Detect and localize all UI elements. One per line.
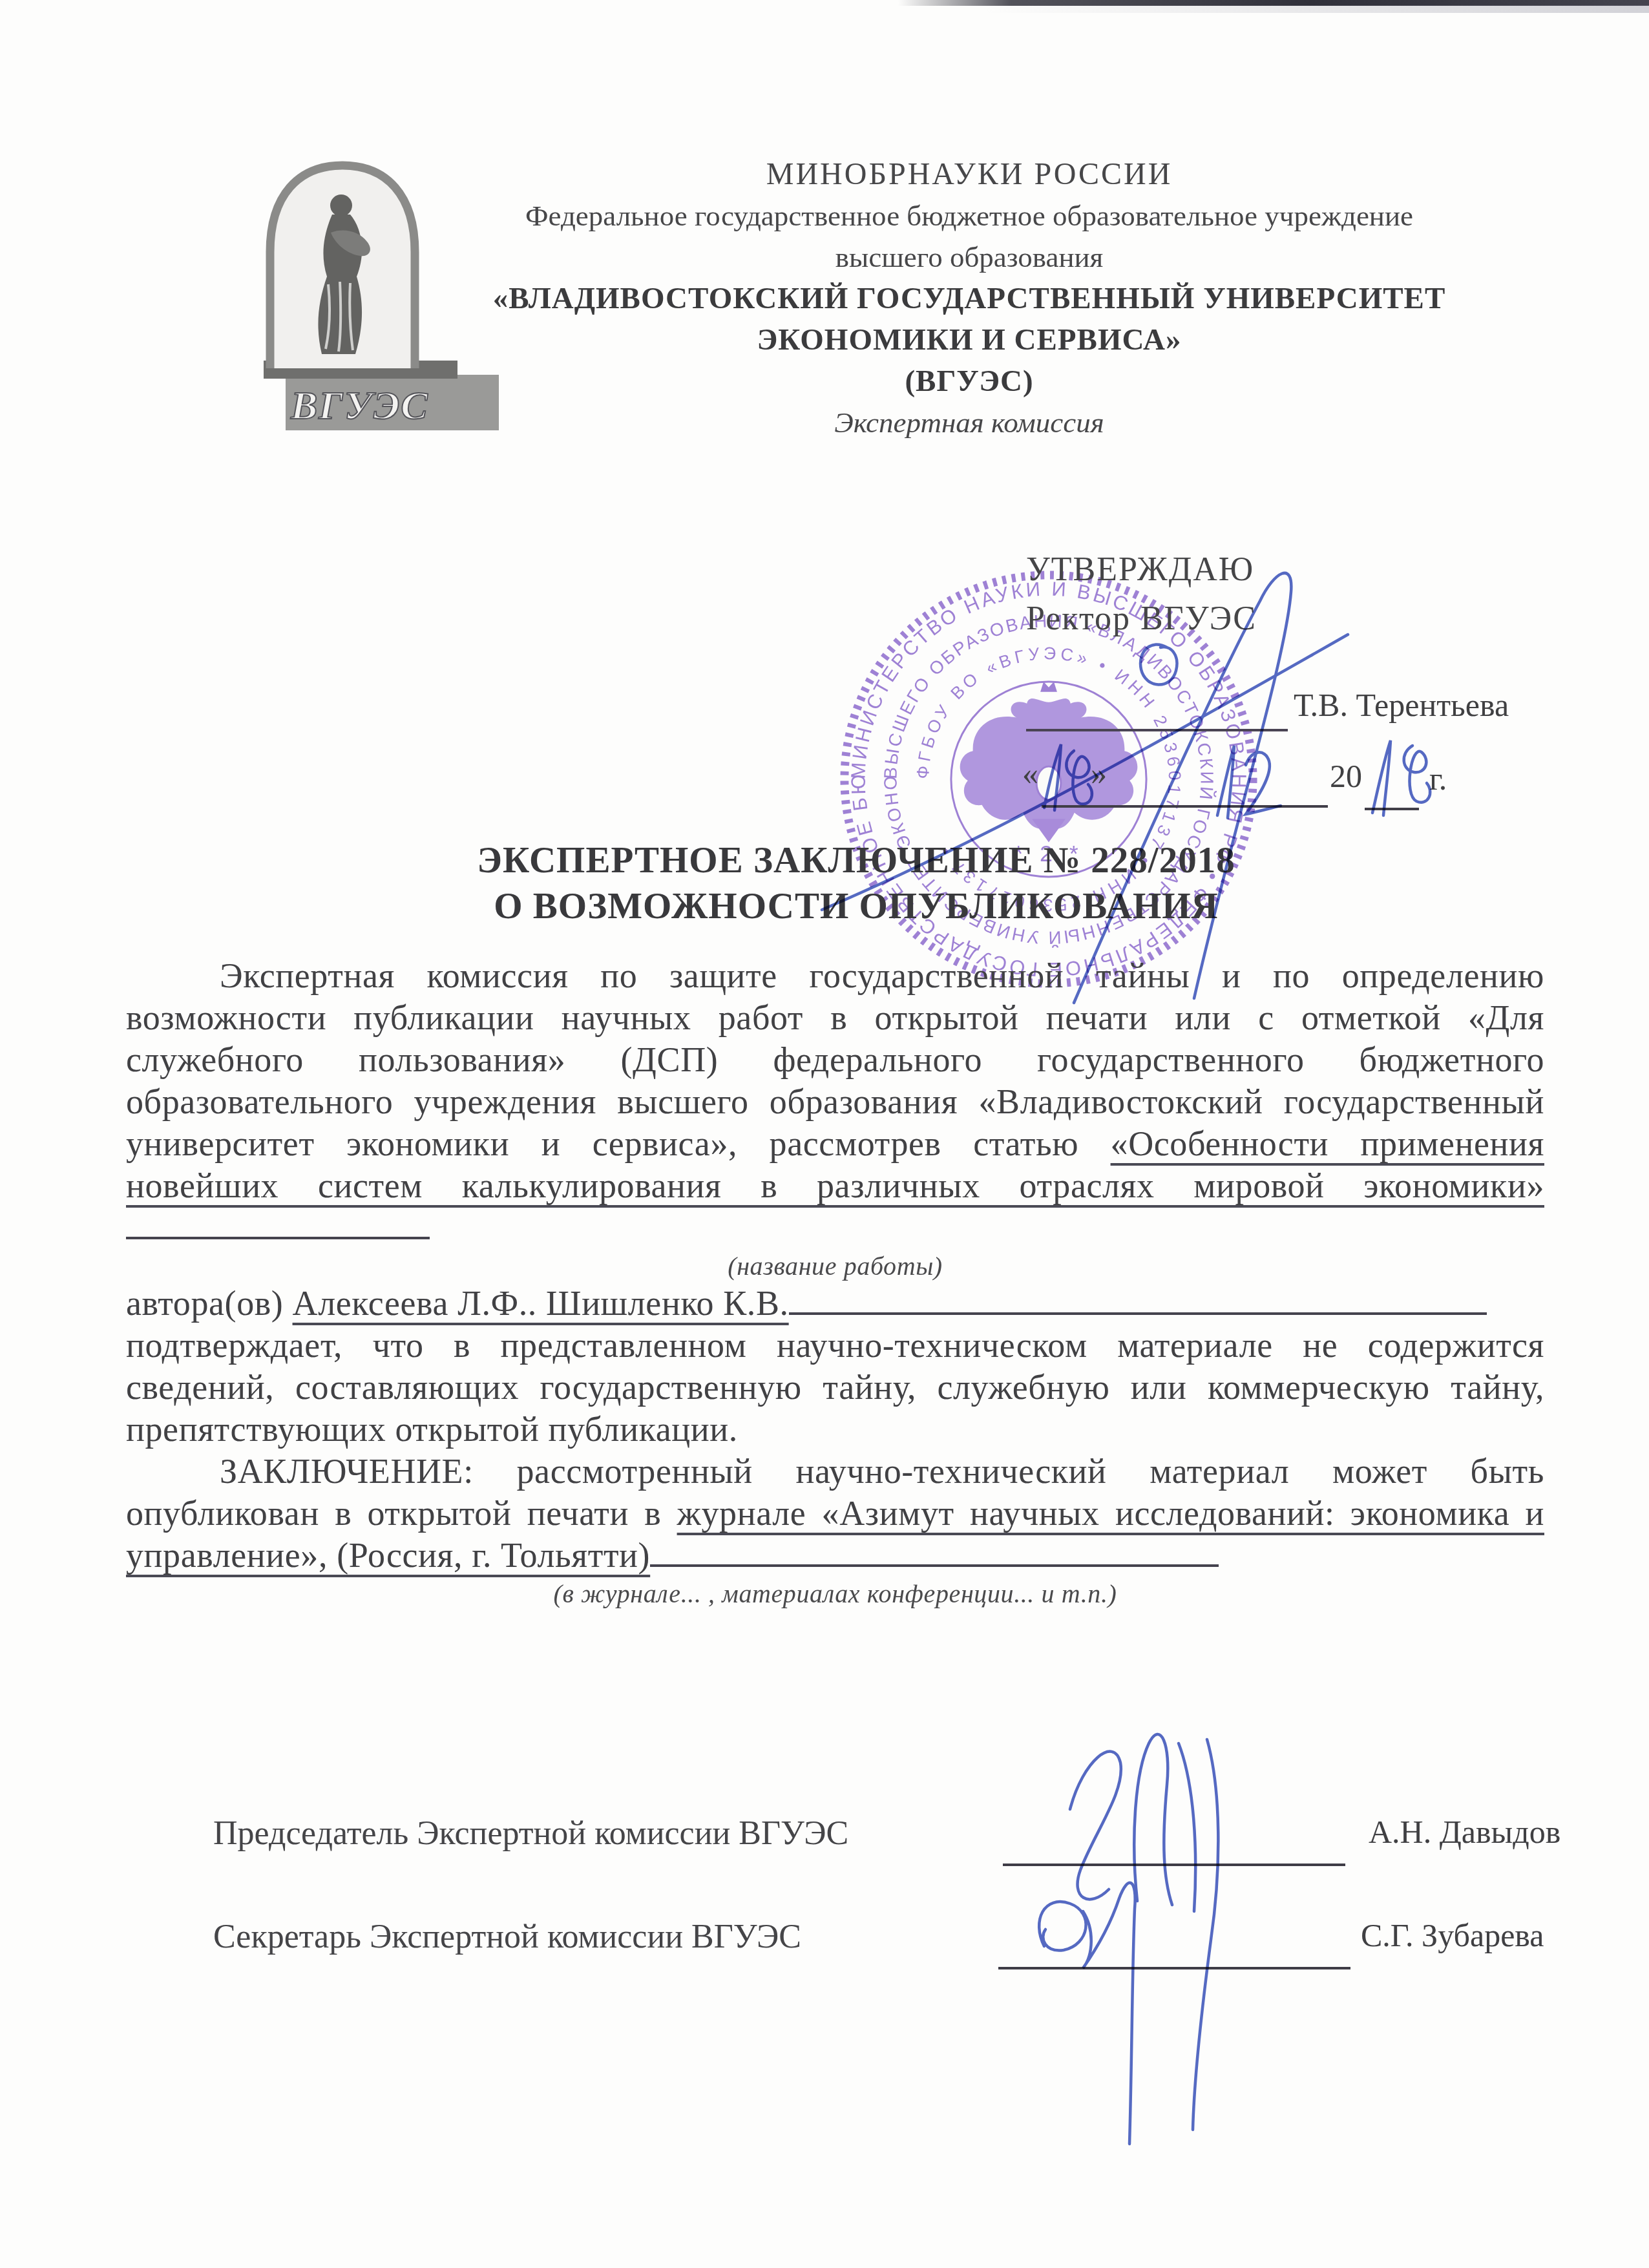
document-page: ВГУЭС МИНОБРНАУКИ РОССИИ Федеральное гос…	[0, 0, 1649, 2268]
chairman-signature	[1070, 1734, 1218, 2130]
rector-signature	[822, 573, 1348, 1003]
handwritten-ink-overlay	[0, 0, 1649, 2268]
secretary-signature	[1039, 1883, 1135, 2144]
handwritten-year	[1372, 740, 1430, 815]
